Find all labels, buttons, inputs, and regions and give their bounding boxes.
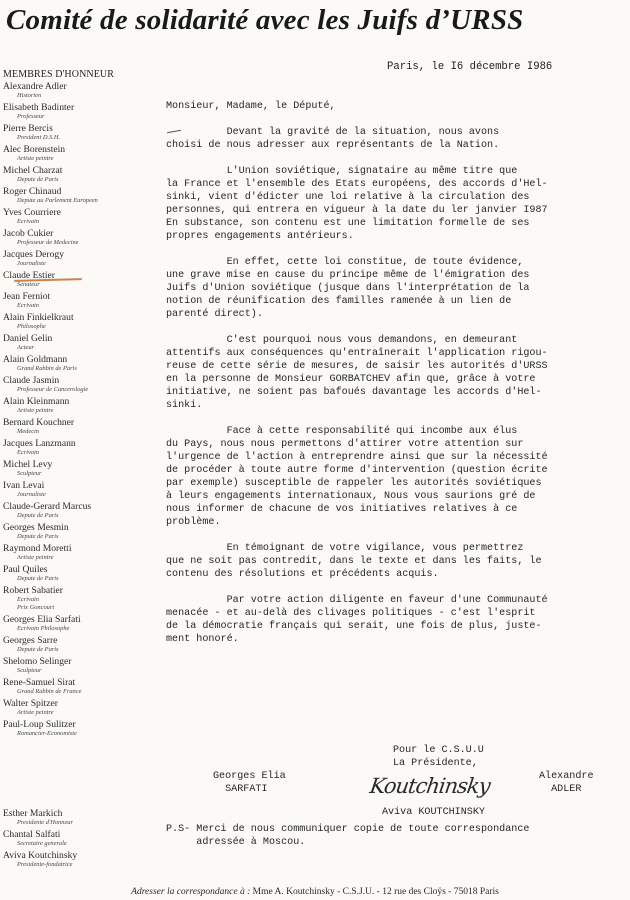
salutation: Monsieur, Madame, le Député, [166,100,630,113]
member-name: Yves Courriere [3,207,163,218]
member-role: Depute de Paris [3,512,163,520]
footer-label: Adresser la correspondance à : [131,887,250,897]
honorary-members-heading: MEMBRES D'HONNEUR [3,69,163,80]
member-entry: Elisabeth BadinterProfesseur [3,102,163,121]
member-role: Prix Goncourt [3,604,163,612]
member-role: Sculpteur [3,470,163,478]
member-role: Artiste peintre [3,407,163,415]
member-entry: Esther MarkichPresidente d'Honneur [3,808,163,827]
member-entry: Paul QuilesDepute de Paris [3,564,163,583]
member-role: Presidente d'Honneur [3,819,163,827]
member-name: Bernard Kouchner [3,417,163,428]
letter-paragraph: Face à cette responsabilité qui incombe … [166,425,630,529]
member-role: Medecin [3,428,163,436]
member-role: Philosophe [3,323,163,331]
member-name: Pierre Bercis [3,123,163,134]
member-role: Journaliste [3,491,163,499]
postscript: P.S- Merci de nous communiquer copie de … [166,823,529,849]
member-name: Ivan Levai [3,480,163,491]
member-name: Claude-Gerard Marcus [3,501,163,512]
member-entry: Bernard KouchnerMedecin [3,417,163,436]
member-entry: Michel LevySculpteur [3,459,163,478]
member-entry: Alain GoldmannGrand Rabbin de Paris [3,354,163,373]
signer-center: Aviva KOUTCHINSKY [382,806,485,819]
paragraphs-container: Devant la gravité de la situation, nous … [166,126,630,646]
letter-paragraph: L'Union soviétique, signataire au même t… [166,165,630,243]
member-role: Professeur de Cancerologie [3,386,163,394]
member-role: Romancier-Economiste [3,730,163,738]
member-name: Georges Mesmin [3,522,163,533]
member-name: Georges Sarre [3,635,163,646]
member-role: Presidente-fondatrice [3,861,163,869]
member-entry: Jacques DerogyJournaliste [3,249,163,268]
member-name: Claude Jasmin [3,375,163,386]
letter-paragraph: Par votre action diligente en faveur d'u… [166,594,630,646]
member-entry: Aviva KoutchinskyPresidente-fondatrice [3,850,163,869]
handwritten-signature: Koutchinsky [368,774,491,798]
member-role: Depute de Paris [3,176,163,184]
member-name: Paul Quiles [3,564,163,575]
member-name: Jacob Cukier [3,228,163,239]
member-entry: Pierre BercisPresident D.S.H. [3,123,163,142]
member-role: Secretaire generale [3,840,163,848]
member-role: Depute au Parlement Europeen [3,197,163,205]
member-role: Ecrivain [3,449,163,457]
member-role: Artiste peintre [3,155,163,163]
member-role: Ecrivain Philosophe [3,625,163,633]
member-entry: Jacob CukierProfesseur de Medecine [3,228,163,247]
member-entry: Georges MesminDepute de Paris [3,522,163,541]
member-role: Depute de Paris [3,533,163,541]
signer-left: Georges Elia SARFATI [213,770,286,796]
member-role: Ecrivain [3,218,163,226]
member-entry: Alain FinkielkrautPhilosophe [3,312,163,331]
member-entry: Jacques LanzmannEcrivain [3,438,163,457]
member-role: Grand Rabbin de France [3,688,163,696]
member-entry: Rene-Samuel SiratGrand Rabbin de France [3,677,163,696]
member-name: Alain Goldmann [3,354,163,365]
member-name: Jacques Derogy [3,249,163,260]
letter-paragraph: En effet, cette loi constitue, de toute … [166,256,630,321]
member-role: Ecrivain [3,302,163,310]
member-role: Depute de Paris [3,646,163,654]
member-name: Robert Sabatier [3,585,163,596]
member-entry: Michel CharzatDepute de Paris [3,165,163,184]
letter-paragraph: En témoignant de votre vigilance, vous p… [166,542,630,581]
member-role: Acteur [3,344,163,352]
officers-container: Esther MarkichPresidente d'HonneurChanta… [3,808,163,869]
member-role: Grand Rabbin de Paris [3,365,163,373]
closing-org-line: Pour le C.S.U.U La Présidente, [393,744,484,770]
member-role: Ecrivain [3,596,163,604]
footer-address-text: Mme A. Koutchinsky - C.S.J.U. - 12 rue d… [250,887,499,897]
member-name: Jacques Lanzmann [3,438,163,449]
member-name: Alain Finkielkraut [3,312,163,323]
member-entry: Jean FerniotEcrivain [3,291,163,310]
member-name: Chantal Salfati [3,829,163,840]
member-role: President D.S.H. [3,134,163,142]
member-role: Journaliste [3,260,163,268]
member-entry: Walter SpitzerArtiste peintre [3,698,163,717]
member-entry: Shelomo SelingerSculpteur [3,656,163,675]
letter-paragraph: Devant la gravité de la situation, nous … [166,126,630,152]
member-role: Depute de Paris [3,575,163,583]
member-entry: Robert SabatierEcrivainPrix Goncourt [3,585,163,612]
member-name: Elisabeth Badinter [3,102,163,113]
member-entry: Ivan LevaiJournaliste [3,480,163,499]
footer-address: Adresser la correspondance à : Mme A. Ko… [0,887,630,897]
member-entry: Georges Elia SarfatiEcrivain Philosophe [3,614,163,633]
honorary-members-list: MEMBRES D'HONNEUR Alexandre AdlerHistori… [3,69,163,740]
member-name: Walter Spitzer [3,698,163,709]
member-entry: Daniel GelinActeur [3,333,163,352]
member-name: Paul-Loup Sulitzer [3,719,163,730]
member-entry: Alec BorensteinArtiste peintre [3,144,163,163]
member-entry: Alain KleinmannArtiste peintre [3,396,163,415]
member-name: Alexandre Adler [3,81,163,92]
member-entry: Georges SarreDepute de Paris [3,635,163,654]
letter-date: Paris, le I6 décembre I986 [387,61,552,73]
member-role: Artiste peintre [3,554,163,562]
member-name: Michel Levy [3,459,163,470]
member-name: Esther Markich [3,808,163,819]
member-name: Alain Kleinmann [3,396,163,407]
member-name: Shelomo Selinger [3,656,163,667]
member-role: Professeur de Medecine [3,239,163,247]
member-role: Senateur [3,281,163,289]
member-entry: Raymond MorettiArtiste peintre [3,543,163,562]
member-entry: Yves CourriereEcrivain [3,207,163,226]
member-name: Georges Elia Sarfati [3,614,163,625]
member-name: Roger Chinaud [3,186,163,197]
member-entry: Paul-Loup SulitzerRomancier-Economiste [3,719,163,738]
member-name: Daniel Gelin [3,333,163,344]
member-name: Michel Charzat [3,165,163,176]
member-role: Artiste peintre [3,709,163,717]
letterhead-title: Comité de solidarité avec les Juifs d’UR… [6,4,626,37]
member-role: Sculpteur [3,667,163,675]
member-name: Alec Borenstein [3,144,163,155]
member-name: Aviva Koutchinsky [3,850,163,861]
member-entry: Chantal SalfatiSecretaire generale [3,829,163,848]
member-entry: Roger ChinaudDepute au Parlement Europee… [3,186,163,205]
letter-paragraph: C'est pourquoi nous vous demandons, en d… [166,334,630,412]
member-role: Historien [3,92,163,100]
member-name: Rene-Samuel Sirat [3,677,163,688]
member-entry: Claude-Gerard MarcusDepute de Paris [3,501,163,520]
committee-officers-list: Esther MarkichPresidente d'HonneurChanta… [3,808,163,871]
member-entry: Claude JasminProfesseur de Cancerologie [3,375,163,394]
letter-body: Monsieur, Madame, le Député, Devant la g… [166,100,630,659]
member-entry: Alexandre AdlerHistorien [3,81,163,100]
member-name: Jean Ferniot [3,291,163,302]
signer-right: Alexandre ADLER [539,770,594,796]
members-container: Alexandre AdlerHistorienElisabeth Badint… [3,81,163,738]
member-name: Raymond Moretti [3,543,163,554]
member-role: Professeur [3,113,163,121]
